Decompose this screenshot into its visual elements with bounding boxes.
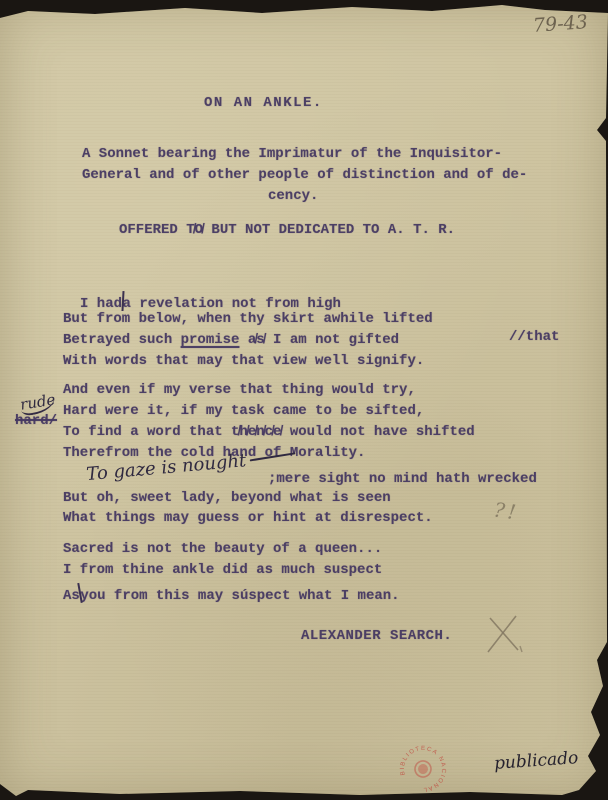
dedication-post: BUT NOT DEDICATED TO A. T. R.	[203, 222, 455, 238]
poem-line: And even if my verse that thing would tr…	[63, 383, 416, 397]
poem-line: Hard were it, if my task came to be sift…	[63, 404, 424, 418]
line-part: To find a word that	[63, 424, 231, 440]
pen-flourish	[250, 452, 296, 461]
subtitle-line-1: A Sonnet bearing the Imprimatur of the I…	[82, 147, 502, 161]
dedication-line: OFFERED T̸O̸ BUT NOT DEDICATED TO A. T. …	[119, 223, 455, 237]
poem-line: Asyou from this may súspect what I mean.	[63, 583, 400, 603]
struck-word-as: a̸s̸	[248, 332, 265, 348]
pencil-question-exclamation: ?!	[492, 497, 520, 524]
poem-line: What things may guess or hint at disresp…	[63, 511, 433, 525]
margin-note-hard-struck: hard/	[15, 414, 57, 428]
poem-line: But from below, when thy skirt awhile li…	[63, 312, 433, 326]
poem-line: I from thine ankle did as much suspect	[63, 563, 382, 577]
torn-manuscript-paper: 79-43 ON AN ANKLE. A Sonnet bearing the …	[0, 0, 608, 800]
poem-line: ;mere sight no mind hath wrecked	[268, 472, 537, 486]
poem-line: I hada revelation not from high	[80, 291, 341, 311]
line-part: a revelation not from high	[123, 296, 341, 312]
line-part	[239, 332, 247, 348]
margin-correction-that: //that	[509, 330, 559, 344]
line-part: would not have shifted	[281, 424, 474, 440]
pencil-x-mark	[482, 612, 526, 656]
subtitle-line-3: cency.	[268, 189, 318, 203]
dedication-pre: OFFERED	[119, 222, 186, 238]
underlined-word-promise: promise	[181, 332, 240, 348]
line-part: Betrayed such	[63, 332, 181, 348]
library-stamp: BIBLIOTECA NACIONAL	[389, 735, 457, 800]
archive-number: 79-43	[532, 11, 588, 37]
publicado-note: publicado	[493, 748, 579, 774]
poem-line: With words that may that view well signi…	[63, 354, 424, 368]
dedication-struck-to: T̸O̸	[186, 222, 203, 238]
line-part: I had	[80, 296, 122, 312]
page-title: ON AN ANKLE.	[204, 96, 323, 110]
subtitle-line-2: General and of other people of distincti…	[82, 168, 527, 182]
struck-overtyped-word: t̸h̸e̸n̸c̸e̸	[231, 424, 281, 440]
poem-line: Sacred is not the beauty of a queen...	[63, 542, 382, 556]
margin-note-rude: rude	[19, 390, 57, 413]
stamp-emblem-center	[417, 763, 430, 776]
line-part: I am not gifted	[265, 332, 399, 348]
poem-line: To find a word that t̸h̸e̸n̸c̸e̸ would n…	[63, 425, 475, 439]
signature: ALEXANDER SEARCH.	[301, 629, 452, 643]
line-part: you from this may súspect what I mean.	[80, 588, 399, 604]
poem-line: Betrayed such promise a̸s̸ I am not gift…	[63, 333, 399, 347]
line-part: As	[63, 588, 80, 604]
poem-line: But oh, sweet lady, beyond what is seen	[63, 491, 391, 505]
